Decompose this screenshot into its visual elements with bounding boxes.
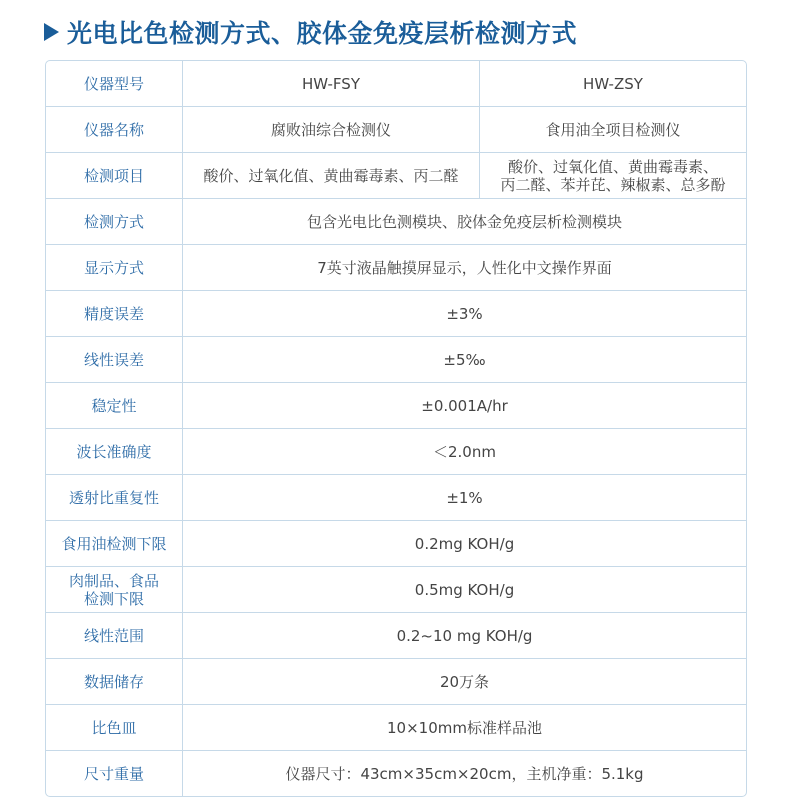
row-value: 7英寸液晶触摸屏显示，人性化中文操作界面 xyxy=(183,245,746,290)
row-value: 0.2~10 mg KOH/g xyxy=(183,613,746,658)
table-row: 检测项目酸价、过氧化值、黄曲霉毒素、丙二醛酸价、过氧化值、黄曲霉毒素、 丙二醛、… xyxy=(46,152,746,198)
row-value: ±3% xyxy=(183,291,746,336)
table-row: 透射比重复性±1% xyxy=(46,474,746,520)
table-row: 数据储存20万条 xyxy=(46,658,746,704)
row-label: 线性误差 xyxy=(46,337,183,382)
table-row: 显示方式7英寸液晶触摸屏显示，人性化中文操作界面 xyxy=(46,244,746,290)
table-row: 线性范围0.2~10 mg KOH/g xyxy=(46,612,746,658)
row-value: ±1% xyxy=(183,475,746,520)
table-row: 肉制品、食品 检测下限0.5mg KOH/g xyxy=(46,566,746,612)
row-value: 10×10mm标准样品池 xyxy=(183,705,746,750)
row-value: 仪器尺寸：43cm×35cm×20cm，主机净重：5.1kg xyxy=(183,751,746,796)
row-value-model-1: HW-FSY xyxy=(183,61,480,106)
table-row: 检测方式包含光电比色测模块、胶体金免疫层析检测模块 xyxy=(46,198,746,244)
row-value-model-2: HW-ZSY xyxy=(480,61,746,106)
table-row: 食用油检测下限0.2mg KOH/g xyxy=(46,520,746,566)
row-label: 尺寸重量 xyxy=(46,751,183,796)
row-label: 检测方式 xyxy=(46,199,183,244)
table-row: 波长准确度＜2.0nm xyxy=(46,428,746,474)
section-title-text: 光电比色检测方式、胶体金免疫层析检测方式 xyxy=(67,14,577,50)
row-label: 食用油检测下限 xyxy=(46,521,183,566)
row-label: 数据储存 xyxy=(46,659,183,704)
row-label: 仪器型号 xyxy=(46,61,183,106)
row-value: 0.2mg KOH/g xyxy=(183,521,746,566)
row-label: 比色皿 xyxy=(46,705,183,750)
row-value-model-1: 腐败油综合检测仪 xyxy=(183,107,480,152)
row-label: 波长准确度 xyxy=(46,429,183,474)
row-label: 显示方式 xyxy=(46,245,183,290)
row-label: 检测项目 xyxy=(46,153,183,198)
row-value-model-2: 酸价、过氧化值、黄曲霉毒素、 丙二醛、苯并芘、辣椒素、总多酚 xyxy=(480,153,746,198)
row-label: 仪器名称 xyxy=(46,107,183,152)
row-value: ＜2.0nm xyxy=(183,429,746,474)
table-row: 比色皿10×10mm标准样品池 xyxy=(46,704,746,750)
spec-table: 仪器型号HW-FSYHW-ZSY仪器名称腐败油综合检测仪食用油全项目检测仪检测项… xyxy=(45,60,747,797)
row-label: 稳定性 xyxy=(46,383,183,428)
table-row: 线性误差±5‰ xyxy=(46,336,746,382)
row-label: 线性范围 xyxy=(46,613,183,658)
row-label: 透射比重复性 xyxy=(46,475,183,520)
row-value: 20万条 xyxy=(183,659,746,704)
row-value: ±5‰ xyxy=(183,337,746,382)
row-label: 精度误差 xyxy=(46,291,183,336)
row-value-model-1: 酸价、过氧化值、黄曲霉毒素、丙二醛 xyxy=(183,153,480,198)
table-row: 尺寸重量仪器尺寸：43cm×35cm×20cm，主机净重：5.1kg xyxy=(46,750,746,796)
triangle-bullet-icon xyxy=(44,23,59,41)
row-value: ±0.001A/hr xyxy=(183,383,746,428)
table-row: 仪器型号HW-FSYHW-ZSY xyxy=(46,61,746,106)
section-title: 光电比色检测方式、胶体金免疫层析检测方式 xyxy=(44,14,577,50)
table-row: 仪器名称腐败油综合检测仪食用油全项目检测仪 xyxy=(46,106,746,152)
row-value: 0.5mg KOH/g xyxy=(183,567,746,612)
row-value-model-2: 食用油全项目检测仪 xyxy=(480,107,746,152)
table-row: 精度误差±3% xyxy=(46,290,746,336)
row-label: 肉制品、食品 检测下限 xyxy=(46,567,183,612)
row-value: 包含光电比色测模块、胶体金免疫层析检测模块 xyxy=(183,199,746,244)
table-row: 稳定性±0.001A/hr xyxy=(46,382,746,428)
